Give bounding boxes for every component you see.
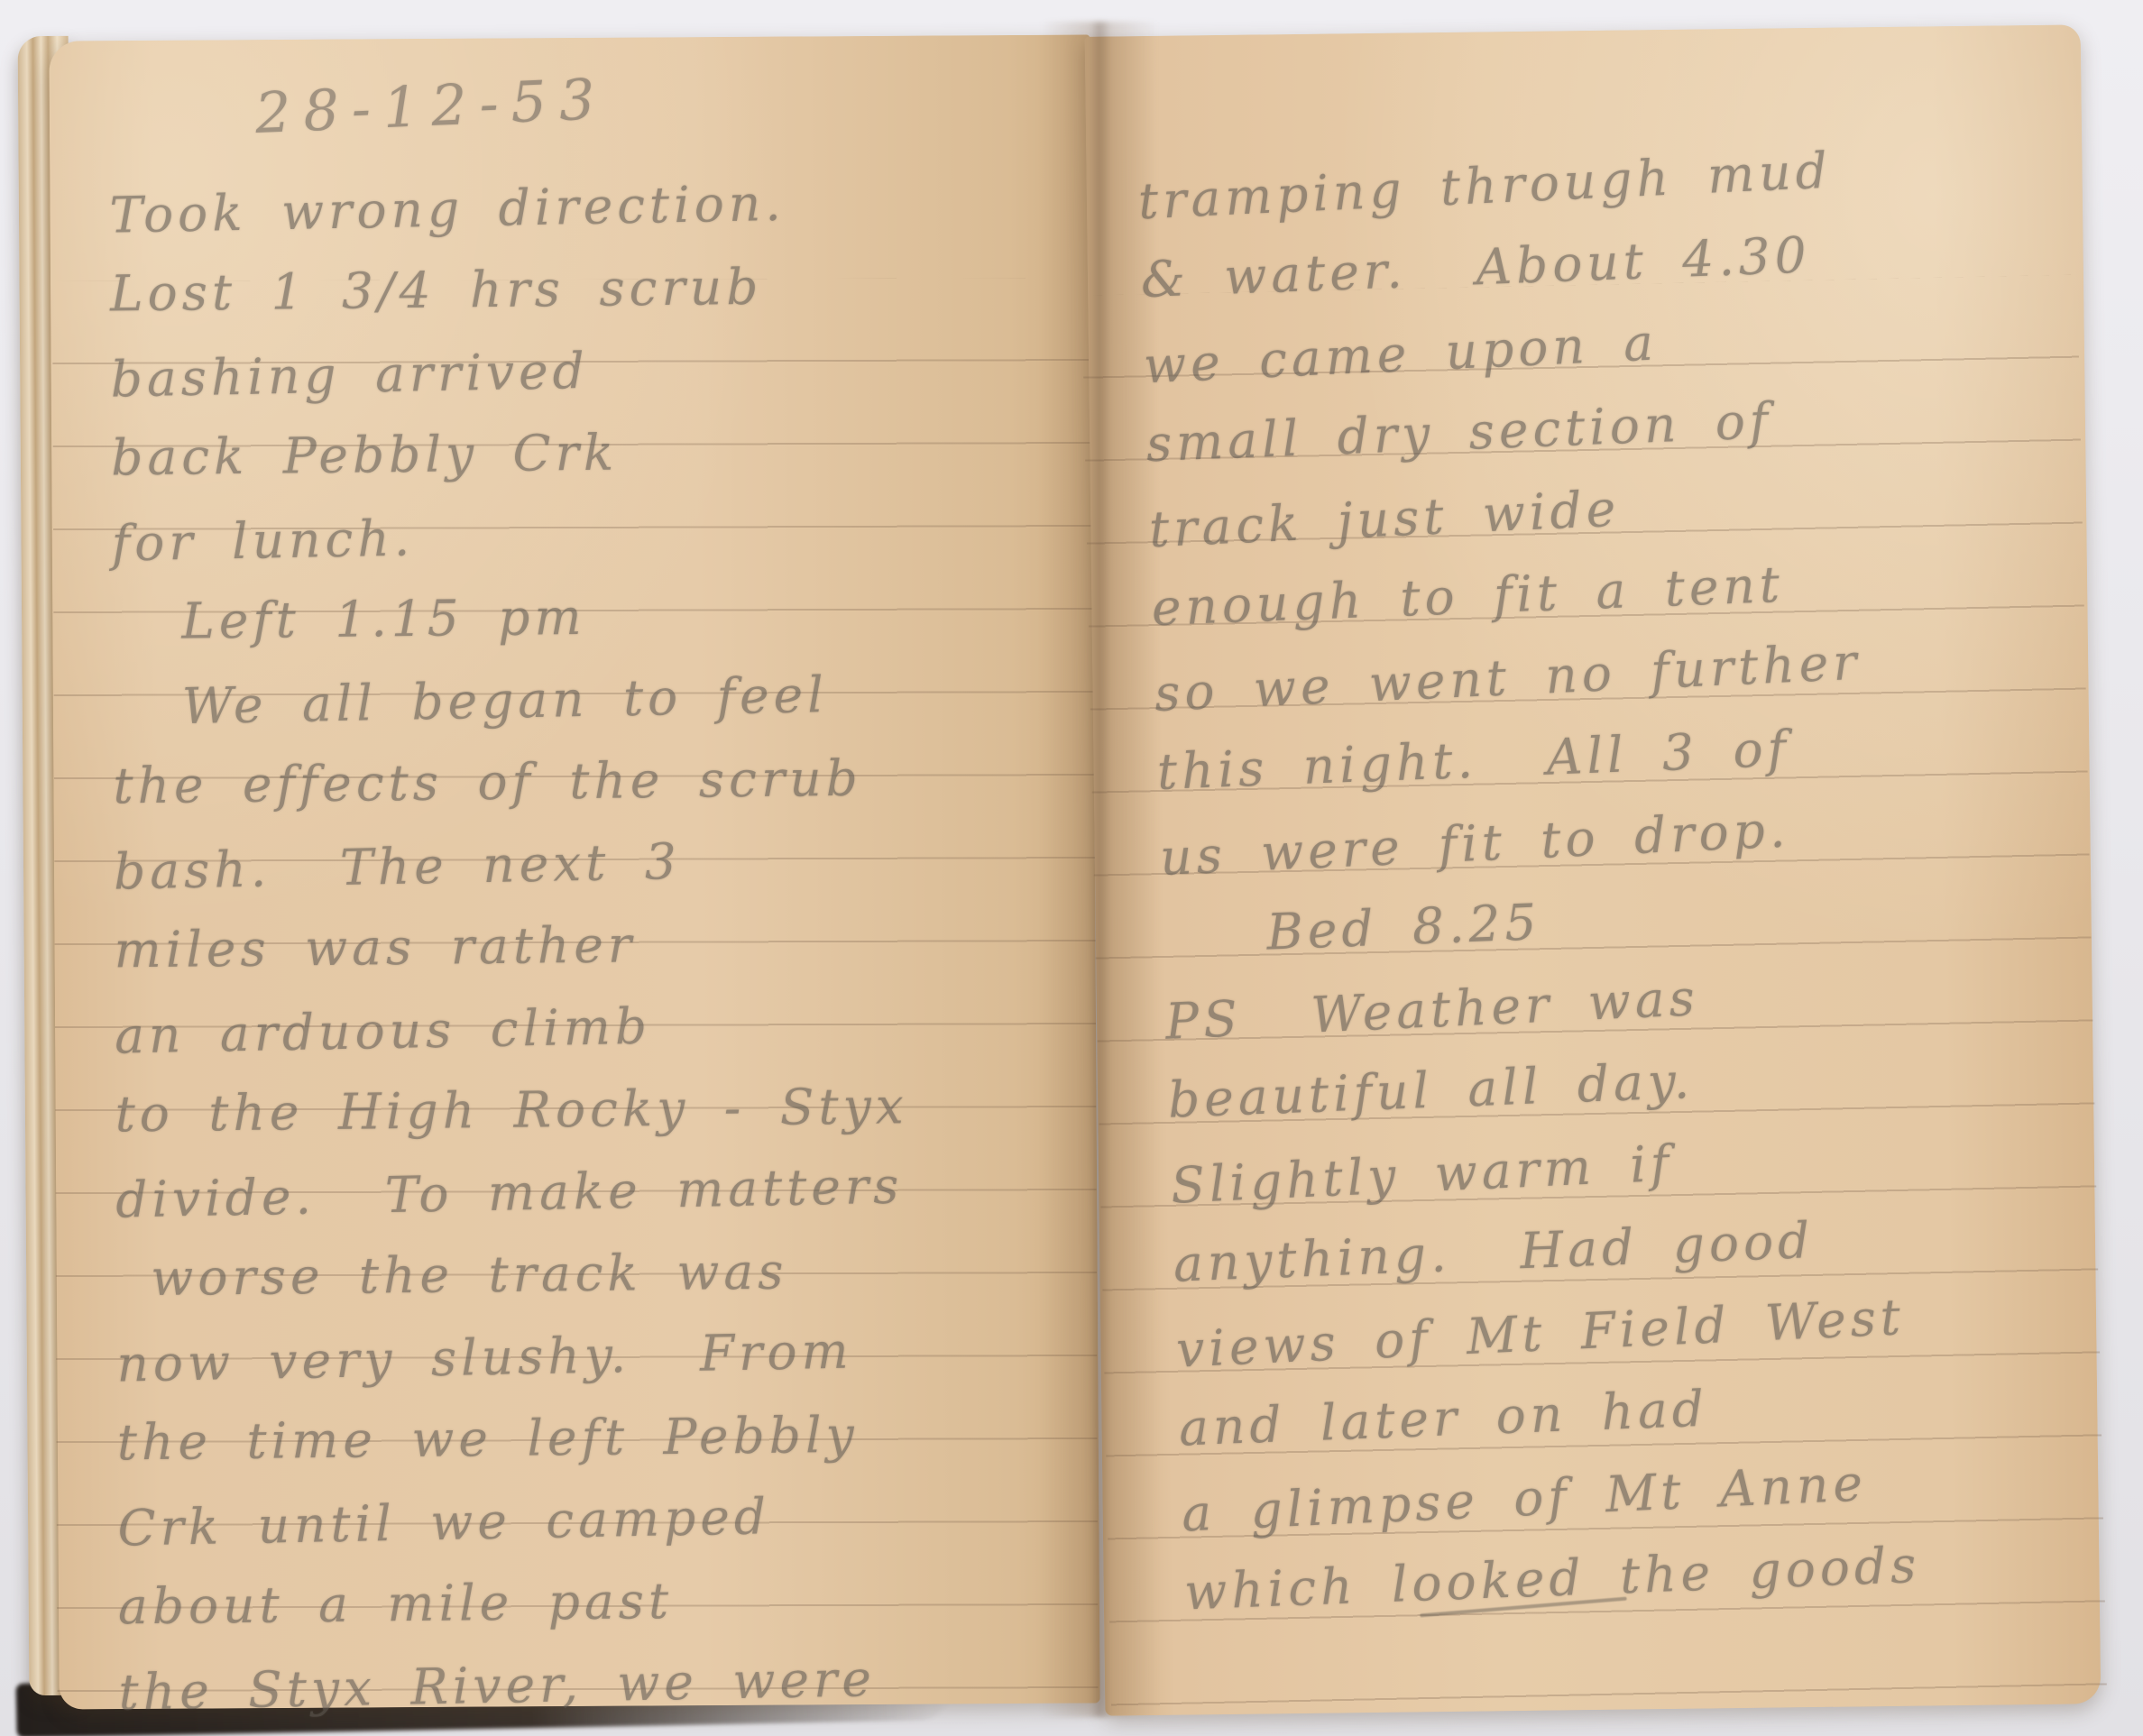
handwriting-line: for lunch.: [111, 485, 1068, 584]
handwriting-line: to the High Rocky - Styx: [115, 1063, 1071, 1155]
handwriting-line: now very slushy. From: [116, 1306, 1073, 1405]
left-page: 28-12-53 Took wrong direction.Lost 1 3/4…: [49, 34, 1099, 1709]
left-page-text: Took wrong direction.Lost 1 3/4 hrs scru…: [109, 163, 1075, 1728]
handwriting-line: divide. To make matters: [115, 1142, 1071, 1241]
scanned-notebook-photo: 28-12-53 Took wrong direction.Lost 1 3/4…: [0, 0, 2143, 1736]
handwriting-line: Lost 1 3/4 hrs scrub: [110, 243, 1067, 335]
right-page-text: tramping through mud& water. About 4.30w…: [1136, 124, 2123, 1632]
handwriting-line: We all began to feel: [112, 649, 1069, 749]
handwriting-line: back Pebbly Crk: [111, 407, 1068, 499]
handwriting-line: Took wrong direction.: [109, 157, 1066, 256]
notebook: 28-12-53 Took wrong direction.Lost 1 3/4…: [23, 13, 2118, 1719]
handwriting-line: worse the track was: [115, 1227, 1072, 1319]
handwriting-line: an arduous climb: [114, 978, 1071, 1077]
right-page: tramping through mud& water. About 4.30w…: [1085, 24, 2102, 1715]
handwriting-line: Left 1.15 pm: [112, 571, 1069, 663]
handwriting-line: about a mile past: [117, 1556, 1074, 1648]
handwriting-line: miles was rather: [114, 899, 1071, 991]
handwriting-line: bash. The next 3: [113, 813, 1070, 913]
handwriting-line: the effects of the scrub: [113, 735, 1070, 827]
handwriting-line: Crk until we camped: [117, 1470, 1074, 1569]
handwriting-line: the Styx River, we were: [118, 1634, 1075, 1733]
handwriting-line: the time we left Pebbly: [116, 1392, 1073, 1483]
handwriting-line: bashing arrived: [110, 321, 1067, 420]
date-heading: 28-12-53: [253, 66, 608, 146]
